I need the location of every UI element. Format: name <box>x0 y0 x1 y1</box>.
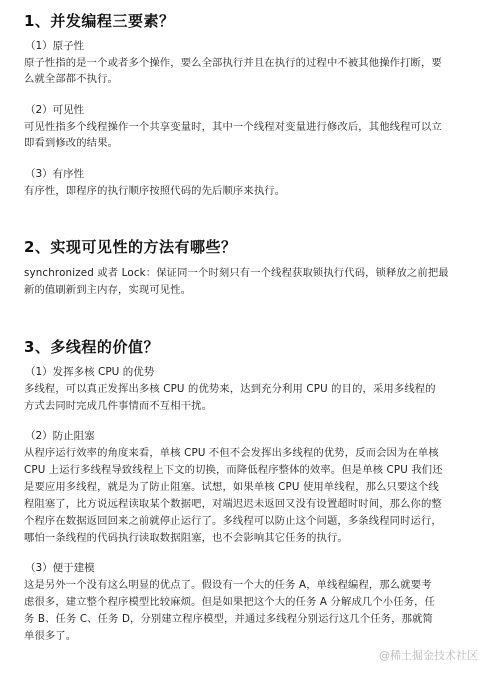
section-3-title: 3、多线程的价值？ <box>24 336 159 357</box>
section-1-title: 1、并发编程三要素？ <box>24 10 174 31</box>
paragraph-line: 是要应用多线程，就是为了防止阻塞。试想，如果单核 CPU 使用单线程，那么只要这… <box>24 478 439 493</box>
paragraph-line: 原子性指的是一个或者多个操作，要么全部执行并且在执行的过程中不被其他操作打断，要 <box>24 54 442 69</box>
subtitle-visibility: （2）可见性 <box>25 102 84 117</box>
subtitle-atomicity: （1）原子性 <box>25 38 84 53</box>
section-2-title: 2、实现可见性的方法有哪些？ <box>24 236 236 257</box>
subtitle-multicore: （1）发挥多核 CPU 的优势 <box>25 364 154 379</box>
paragraph-line: 个程序在数据返回回来之前就停止运行了。多线程可以防止这个问题，多条线程同时运行， <box>24 512 442 527</box>
paragraph-line: 程阻塞了，比方说远程读取某个数据吧，对端迟迟未返回又没有设置超时时间，那么你的整 <box>24 495 442 510</box>
paragraph-line: 有序性，即程序的执行顺序按照代码的先后顺序来执行。 <box>24 182 285 197</box>
paragraph-line: 哪怕一条线程的代码执行读取数据阻塞，也不会影响其它任务的执行。 <box>24 529 348 544</box>
paragraph-line: 单很多了。 <box>24 627 76 642</box>
paragraph-line: 务 B、任务 C、任务 D，分别建立程序模型，并通过多线程分别运行这几个任务，那… <box>24 610 433 625</box>
watermark: @稀土掘金技术社区 <box>379 647 478 663</box>
paragraph-line: 这是另外一个没有这么明显的优点了。假设有一个大的任务 A，单线程编程，那么就要考 <box>24 576 432 591</box>
paragraph-line: CPU 上运行多线程导致线程上下文的切换，而降低程序整体的效率。但是单核 CPU… <box>24 461 443 476</box>
paragraph-line: 从程序运行效率的角度来看，单核 CPU 不但不会发挥出多线程的优势，反而会因为在… <box>24 444 439 459</box>
paragraph-line: 方式去同时完成几件事情而不互相干扰。 <box>24 397 212 412</box>
paragraph-line: 可见性指多个线程操作一个共享变量时，其中一个线程对变量进行修改后，其他线程可以立 <box>24 118 442 133</box>
paragraph-line: 么就全部都不执行。 <box>24 70 118 85</box>
paragraph-line: 虑很多，建立整个程序模型比较麻烦。但是如果把这个大的任务 A 分解成几个小任务，… <box>24 593 435 608</box>
paragraph-line: 多线程，可以真正发挥出多核 CPU 的优势来，达到充分利用 CPU 的目的，采用… <box>24 380 436 395</box>
paragraph-line: 即看到修改的结果。 <box>24 134 118 149</box>
subtitle-modeling: （3）便于建模 <box>25 560 95 575</box>
paragraph-line: synchronized 或者 Lock：保证同一个时刻只有一个线程获取锁执行代… <box>24 264 449 279</box>
subtitle-ordering: （3）有序性 <box>25 166 84 181</box>
paragraph-line: 新的值刷新到主内存，实现可见性。 <box>24 281 191 296</box>
subtitle-blocking: （2）防止阻塞 <box>25 428 95 443</box>
